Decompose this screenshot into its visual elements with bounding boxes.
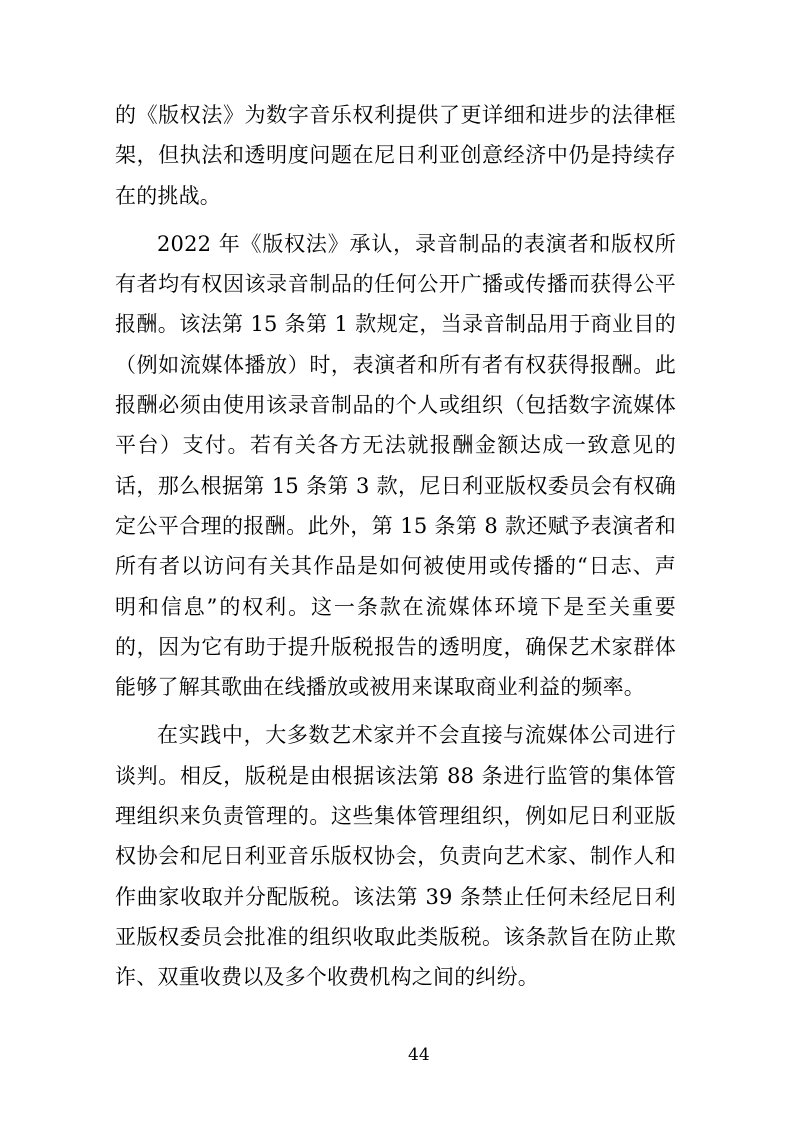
paragraph: 在实践中，大多数艺术家并不会直接与流媒体公司进行谈判。相反，版税是由根据该法第 … [115, 715, 676, 997]
page-body-text: 的《版权法》为数字音乐权利提供了更详细和进步的法律框架，但执法和透明度问题在尼日… [115, 95, 676, 1006]
page-number: 44 [408, 1047, 430, 1064]
paragraph: 的《版权法》为数字音乐权利提供了更详细和进步的法律框架，但执法和透明度问题在尼日… [115, 95, 676, 216]
paragraph: 2022 年《版权法》承认，录音制品的表演者和版权所有者均有权因该录音制品的任何… [115, 224, 676, 708]
document-page: 的《版权法》为数字音乐权利提供了更详细和进步的法律框架，但执法和透明度问题在尼日… [0, 0, 793, 1122]
